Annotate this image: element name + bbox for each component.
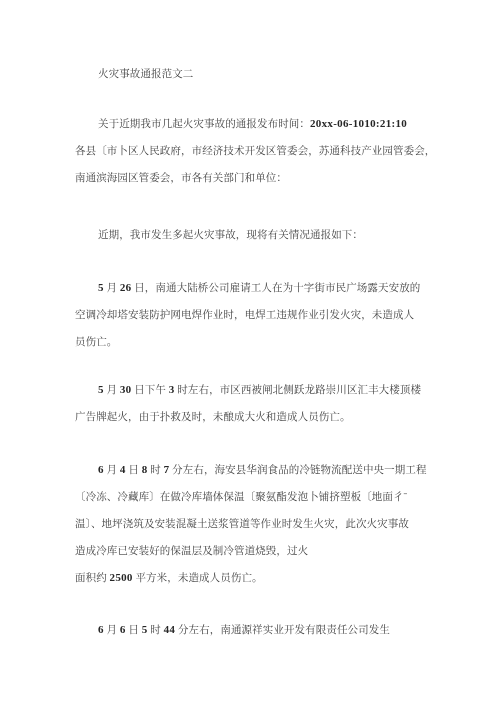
- incident-3-text-2: 〔冷冻、冷藏库〕在做冷库墙体保温〔聚氨酯发泡卜铺挤塑板〔地面彳ˉ: [75, 492, 407, 503]
- incident-3-sep1: 月: [104, 465, 120, 476]
- incident-3-line-3: 温〕、地坪浇筑及安装混凝土送浆管道等作业时发生火灾，此次火灾事故: [75, 511, 438, 538]
- document-page: 火灾事故通报范文二 关于近期我市几起火灾事故的通报发布时间：20xx-06-10…: [0, 0, 500, 708]
- intro-paragraph: 近期，我市发生多起火灾事故，现将有关情况通报如下：: [75, 222, 438, 249]
- intro-line: 近期，我市发生多起火灾事故，现将有关情况通报如下：: [75, 222, 438, 249]
- incident-4-line-1: 6 月 6 日 5 时 44 分左右，南通源祥实业开发有限责任公司发生: [75, 617, 438, 644]
- incident-4-paragraph: 6 月 6 日 5 时 44 分左右，南通源祥实业开发有限责任公司发生: [75, 617, 438, 644]
- incident-2-line-1: 5 月 30 日下午 3 时左右，市区西被闸北侧跃龙路崇川区汇丰大楼顶楼: [75, 377, 438, 404]
- incident-1-sep1: 月: [104, 283, 120, 294]
- incident-2-text-2: 广告牌起火，由于扑救及时，未酿成大火和造成人员伤亡。: [75, 412, 351, 423]
- incident-3-line-5: 面积约 2500 平方米，未造成人员伤亡。: [75, 565, 438, 592]
- incident-2-paragraph: 5 月 30 日下午 3 时左右，市区西被闸北侧跃龙路崇川区汇丰大楼顶楼 广告牌…: [75, 377, 438, 431]
- incident-3-sep3: 时: [148, 465, 164, 476]
- incident-2-sep1: 月: [104, 385, 120, 396]
- subject-label: 关于近期我市几起火灾事故的通报发布时间：: [98, 119, 310, 130]
- incident-1-text-3: 员伤亡。: [75, 337, 117, 348]
- recipients-line-2: 南通滨海园区管委会，市各有关部门和单位：: [75, 165, 438, 192]
- incident-4-sep3: 时: [148, 625, 164, 636]
- incident-3-line-4: 造成冷库已安装好的保温层及制冷管道烧毁，过火: [75, 538, 438, 565]
- recipients-text-1: 各县〔市卜区人民政府，市经济技术开发区管委会，苏通科技产业园管委会，: [75, 146, 435, 157]
- incident-3-text-3: 温〕、地坪浇筑及安装混凝土送浆管道等作业时发生火灾，此次火灾事故: [75, 519, 409, 530]
- incident-3-line-2: 〔冷冻、冷藏库〕在做冷库墙体保温〔聚氨酯发泡卜铺挤塑板〔地面彳ˉ: [75, 484, 438, 511]
- incident-4-sep2: 日: [126, 625, 142, 636]
- document-title: 火灾事故通报范文二: [75, 61, 438, 88]
- incident-2-sep2: 日下午: [131, 385, 168, 396]
- incident-3-text-5b: 平方米，未造成人员伤亡。: [133, 573, 263, 584]
- document-title-text: 火灾事故通报范文二: [98, 69, 193, 80]
- subject-and-time-line: 关于近期我市几起火灾事故的通报发布时间：20xx-06-1010:21:10: [75, 111, 438, 138]
- incident-1-paragraph: 5 月 26 日，南通大陆桥公司雇请工人在为十字街市民广场露天安放的 空调冷却塔…: [75, 275, 438, 356]
- incident-2-text-1: 时左右，市区西被闸北侧跃龙路崇川区汇丰大楼顶楼: [175, 385, 422, 396]
- incident-3-paragraph: 6 月 4 日 8 时 7 分左右，海安县华润食品的冷链物流配送中央一期工程 〔…: [75, 457, 438, 592]
- incident-3-sep2: 日: [126, 465, 142, 476]
- incident-1-day: 26: [120, 282, 132, 294]
- incident-3-text-4: 造成冷库已安装好的保温层及制冷管道烧毁，过火: [75, 546, 308, 557]
- recipients-line-1: 各县〔市卜区人民政府，市经济技术开发区管委会，苏通科技产业园管委会，: [75, 138, 438, 165]
- intro-text: 近期，我市发生多起火灾事故，现将有关情况通报如下：: [98, 230, 363, 241]
- incident-1-line-1: 5 月 26 日，南通大陆桥公司雇请工人在为十字街市民广场露天安放的: [75, 275, 438, 302]
- incident-1-text-1: 日，南通大陆桥公司雇请工人在为十字街市民广场露天安放的: [131, 283, 420, 294]
- incident-3-line-1: 6 月 4 日 8 时 7 分左右，海安县华润食品的冷链物流配送中央一期工程: [75, 457, 438, 484]
- recipients-text-2: 南通滨海园区管委会，市各有关部门和单位：: [75, 173, 287, 184]
- incident-3-text-1: 分左右，海安县华润食品的冷链物流配送中央一期工程: [169, 465, 426, 476]
- incident-1-text-2: 空调冷却塔安装防护网电焊作业时，电焊工违规作业引发火灾，未造成人: [75, 310, 414, 321]
- incident-4-sep1: 月: [104, 625, 120, 636]
- incident-1-line-2: 空调冷却塔安装防护网电焊作业时，电焊工违规作业引发火灾，未造成人: [75, 302, 438, 329]
- incident-4-minute: 44: [164, 624, 176, 636]
- document-title-paragraph: 火灾事故通报范文二: [75, 61, 438, 88]
- incident-1-line-3: 员伤亡。: [75, 329, 438, 356]
- incident-3-text-5a: 面积约: [75, 573, 110, 584]
- incident-4-text-1: 分左右，南通源祥实业开发有限责任公司发生: [175, 625, 390, 636]
- notice-header-paragraph: 关于近期我市几起火灾事故的通报发布时间：20xx-06-1010:21:10 各…: [75, 111, 438, 192]
- incident-3-area: 2500: [110, 572, 133, 584]
- incident-2-day: 30: [120, 384, 132, 396]
- publish-time: 20xx-06-1010:21:10: [310, 118, 407, 130]
- incident-2-line-2: 广告牌起火，由于扑救及时，未酿成大火和造成人员伤亡。: [75, 404, 438, 431]
